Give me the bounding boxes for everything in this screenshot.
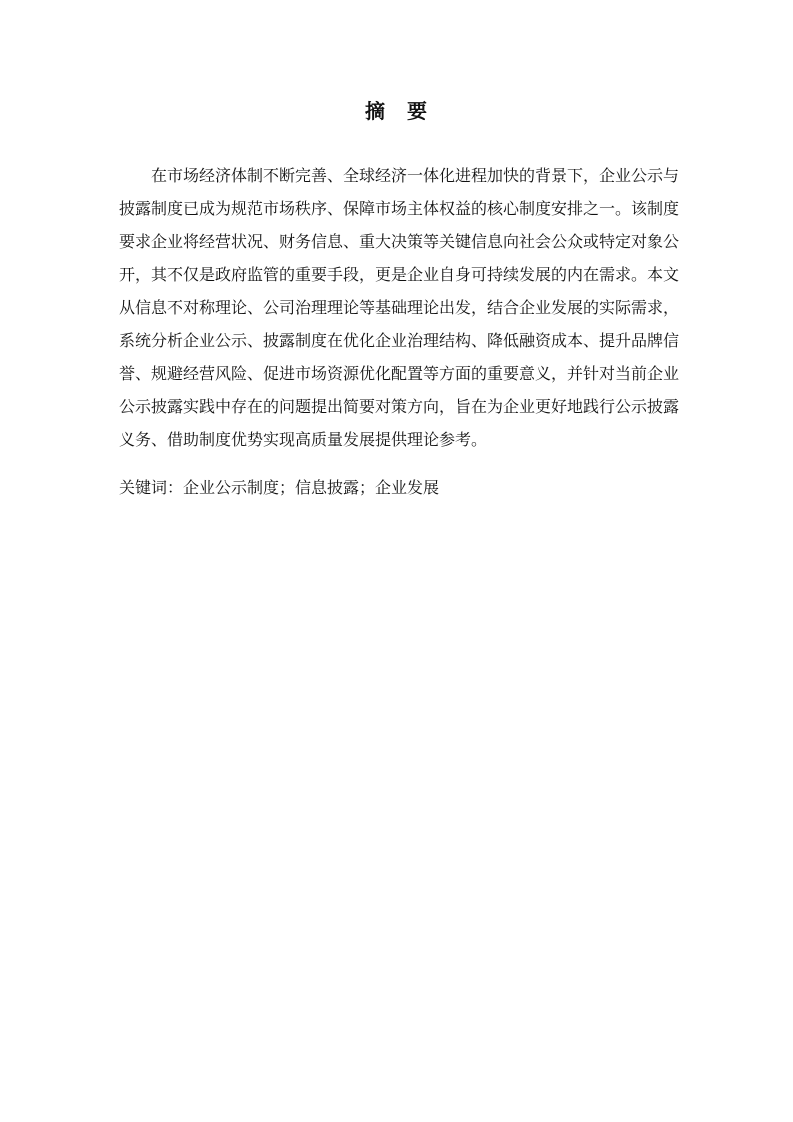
document-page: 摘 要 在市场经济体制不断完善、全球经济一体化进程加快的背景下，企业公示与披露制… (0, 0, 793, 1122)
keywords-line: 关键词：企业公示制度；信息披露；企业发展 (119, 472, 679, 505)
abstract-paragraph: 在市场经济体制不断完善、全球经济一体化进程加快的背景下，企业公示与披露制度已成为… (119, 160, 679, 457)
abstract-title: 摘 要 (0, 99, 793, 125)
